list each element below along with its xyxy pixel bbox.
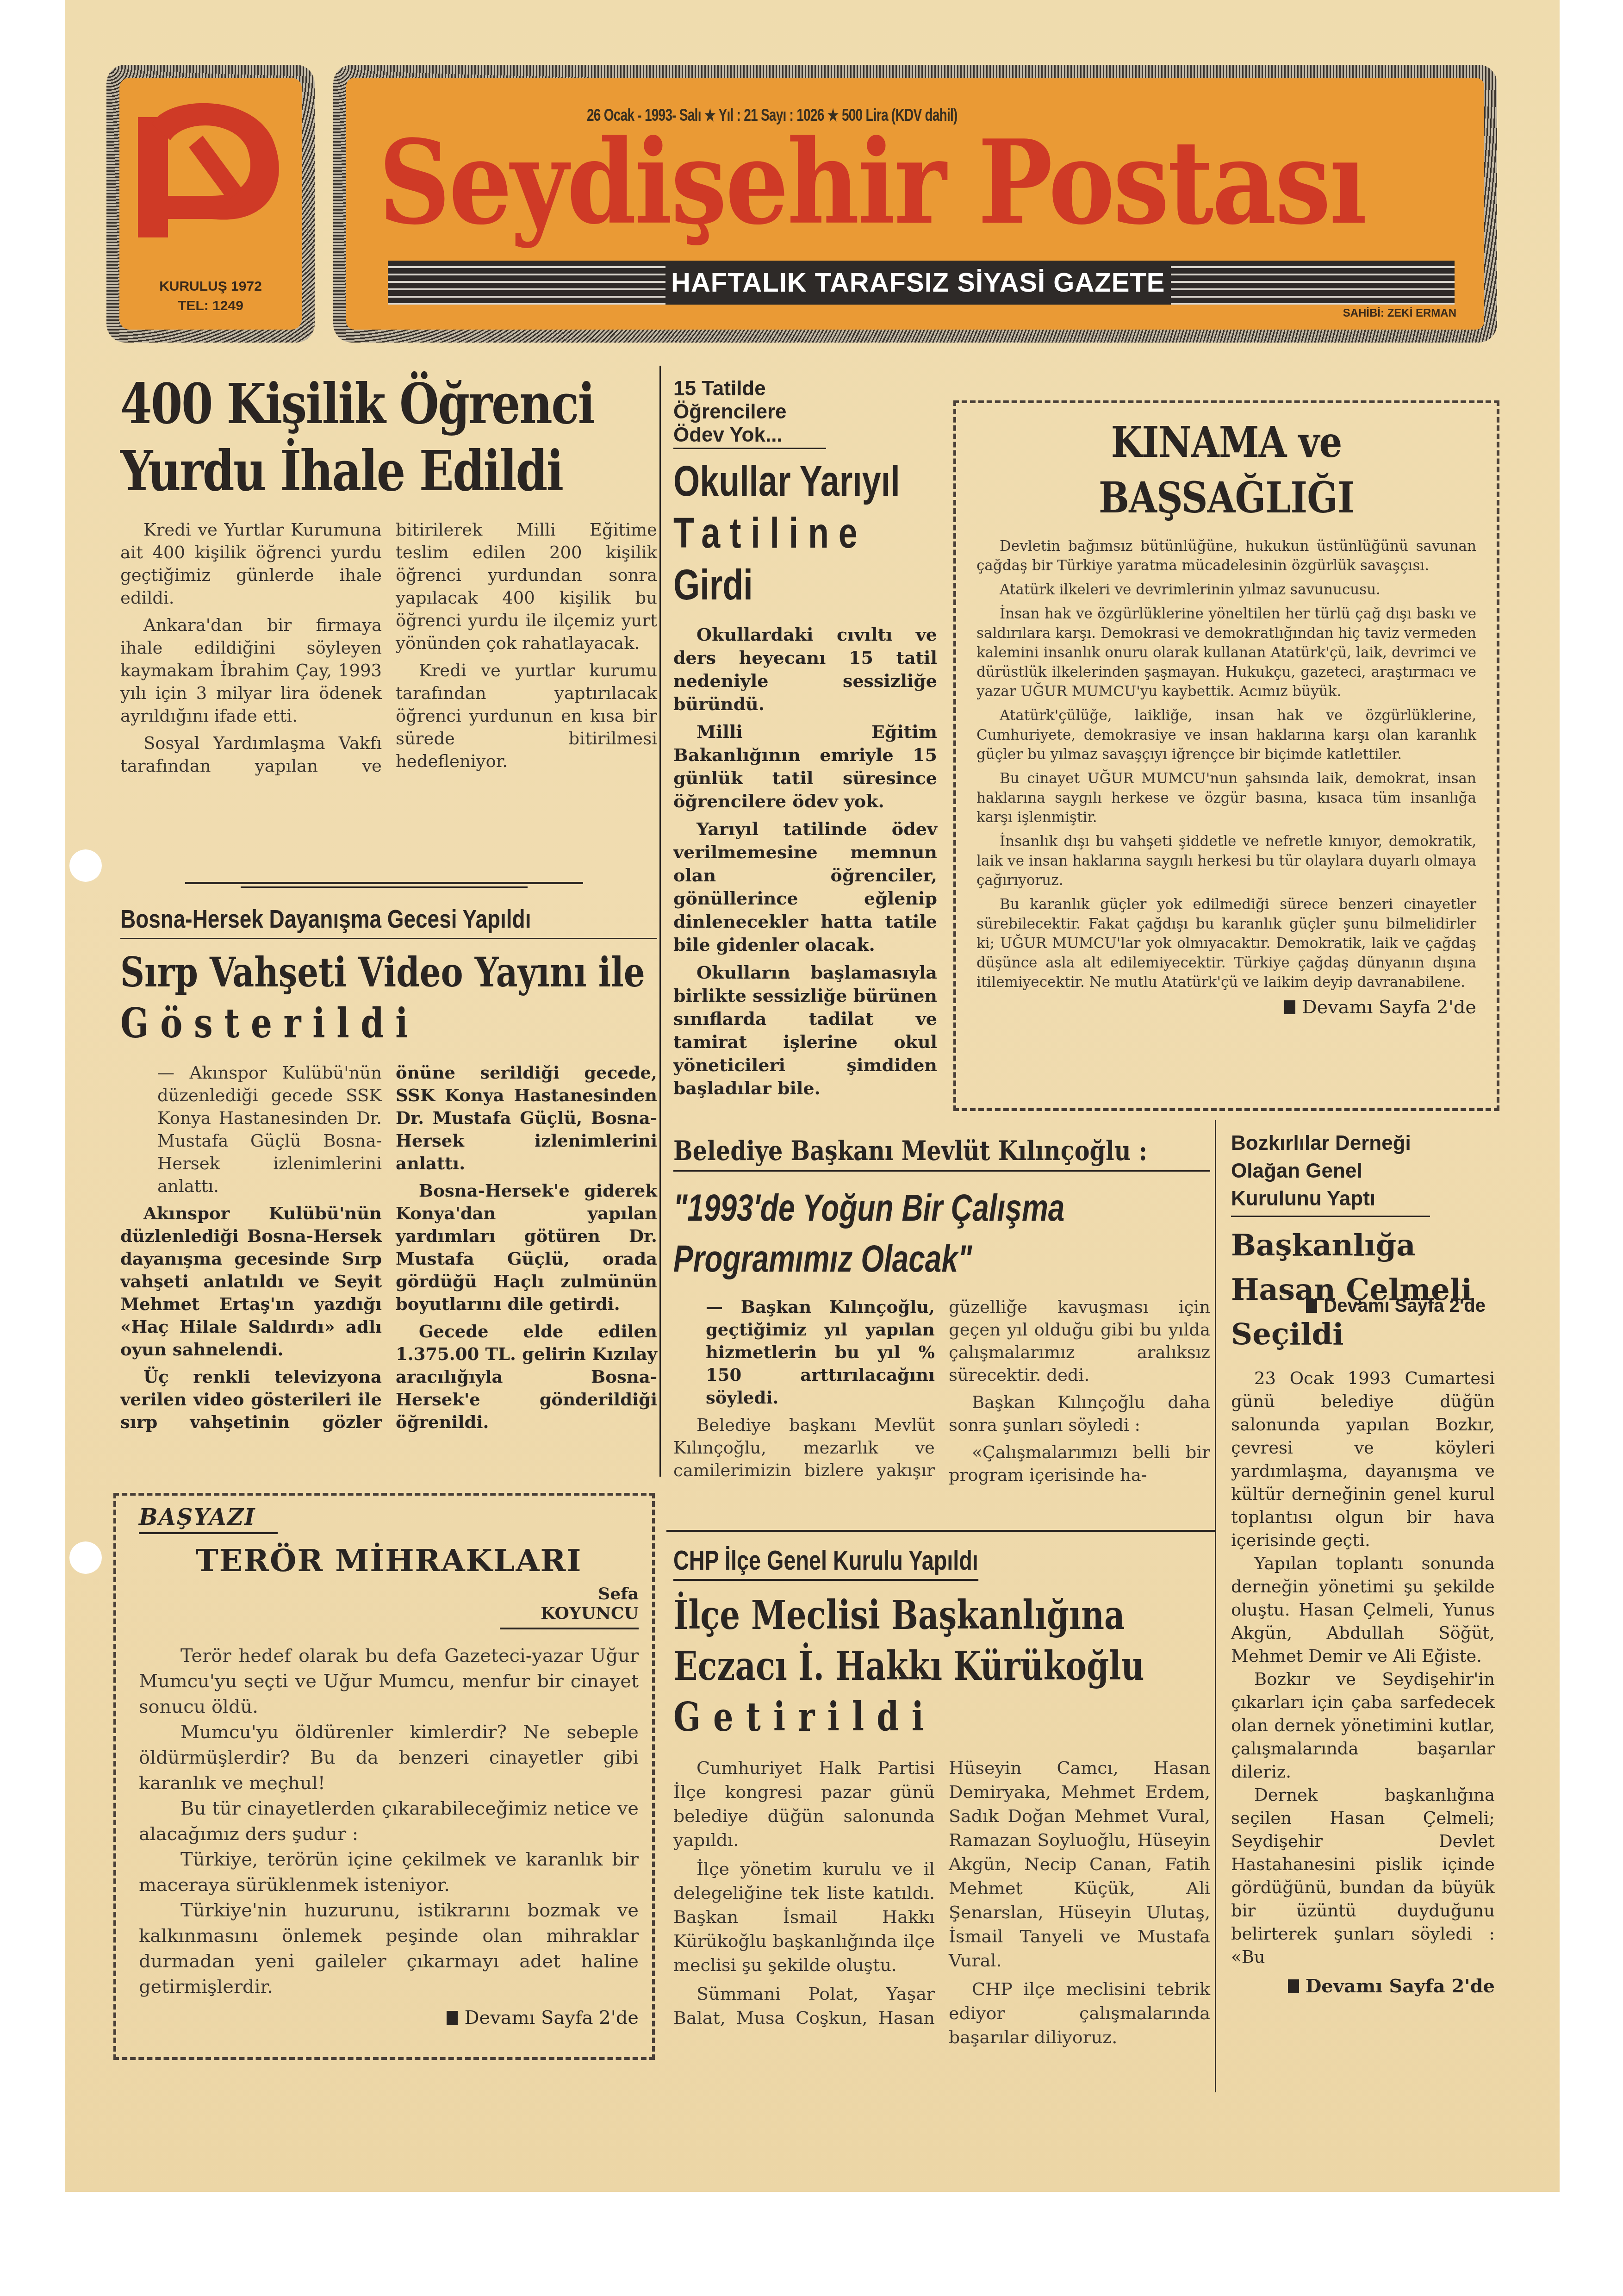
- continued-label: Devamı Sayfa 2'de: [464, 2007, 639, 2028]
- kicker: Belediye Başkanı Mevlüt Kılınçoğlu :: [673, 1134, 1130, 1167]
- divider: [241, 886, 528, 888]
- article-body: Okullardaki cıvıltı ve ders heyecanı 15 …: [673, 623, 937, 1100]
- lead-paragraph: — Akınspor Kulübü'nün düzenlediği gecede…: [120, 1061, 382, 1198]
- paragraph: Okullardaki cıvıltı ve ders heyecanı 15 …: [673, 623, 937, 716]
- divider: [673, 1170, 1210, 1172]
- punch-hole: [69, 849, 102, 882]
- continued-link[interactable]: Devamı Sayfa 2'de: [976, 997, 1476, 1018]
- paragraph: Devletin bağımsız bütünlüğüne, hukukun ü…: [976, 537, 1476, 575]
- paragraph: Bozkır ve Seydişehir'in çıkarları için ç…: [1231, 1668, 1495, 1784]
- divider: [185, 882, 583, 884]
- article-chp: CHP İlçe Genel Kurulu Yapıldı İlçe Mecli…: [673, 1544, 1210, 2061]
- article-bosna: Bosna-Hersek Dayanışma Gecesi Yapıldı Sı…: [120, 903, 657, 1460]
- headline: "1993'de Yoğun Bir Çalışma: [673, 1183, 1092, 1234]
- newspaper-title: Seydişehir Postası: [379, 112, 1366, 251]
- headline: Girdi: [673, 559, 884, 611]
- continued-link[interactable]: Devamı Sayfa 2'de: [1231, 1975, 1495, 1997]
- headline: Hasan Çelmeli: [1231, 1268, 1495, 1312]
- square-bullet-icon: [447, 2011, 458, 2025]
- paragraph: Cumhuriyet Halk Partisi İlçe kongresi pa…: [673, 1756, 935, 1852]
- headline: Gösterildi: [120, 998, 560, 1048]
- kicker: CHP İlçe Genel Kurulu Yapıldı: [673, 1544, 978, 1581]
- continued-link[interactable]: Devamı Sayfa 2'de: [139, 2007, 639, 2028]
- article-body: Terör hedef olarak bu defa Gazeteci-yaza…: [139, 1643, 639, 2000]
- paragraph: Okulların başlamasıyla birlikte sessizli…: [673, 961, 937, 1100]
- divider: [120, 938, 657, 939]
- paragraph: Bu karanlık güçler yok edilmediği sürece…: [976, 895, 1476, 992]
- paragraph: Yarıyıl tatilinde ödev verilmemesine mem…: [673, 817, 937, 956]
- paragraph: 23 Ocak 1993 Cumartesi günü belediye düğ…: [1231, 1367, 1495, 1552]
- section-label: BAŞYAZI: [139, 1504, 278, 1534]
- headline: Tatiline: [673, 507, 884, 559]
- article-okullar: 15 Tatilde Öğrencilere Ödev Yok... Okull…: [673, 377, 937, 1104]
- paragraph: Türkiye'nin huzurunu, istikrarını bozmak…: [139, 1898, 639, 2000]
- paragraph: İnsan hak ve özgürlüklerine yöneltilen h…: [976, 604, 1476, 701]
- paragraph: Bu tür cinayetlerden çıkarabileceğimiz n…: [139, 1796, 639, 1847]
- paragraph: İnsanlık dışı bu vahşeti şiddetle ve nef…: [976, 832, 1476, 890]
- founded-label: KURULUŞ 1972: [119, 277, 302, 296]
- column-divider: [659, 366, 661, 1477]
- sp-monogram-logo-icon: [133, 96, 286, 249]
- headline: KINAMA ve BAŞSAĞLIĞI: [1014, 414, 1439, 525]
- paragraph: Mumcu'yu öldürenler kimlerdir? Ne sebepl…: [139, 1720, 639, 1796]
- article-yurt: 400 Kişilik Öğrenci Yurdu İhale Edildi K…: [120, 370, 657, 842]
- square-bullet-icon: [1284, 1000, 1295, 1014]
- square-bullet-icon: [1288, 1979, 1299, 1993]
- article-bozkir: Bozkırlılar Derneği Olağan Genel Kurulun…: [1231, 1129, 1495, 1997]
- headline: 400 Kişilik Öğrenci: [120, 370, 560, 437]
- paragraph: Bu cinayet UĞUR MUMCU'nun şahsında laik,…: [976, 769, 1476, 827]
- paragraph: Ankara'dan bir firmaya ihale edildiğini …: [120, 614, 382, 727]
- kicker: Bozkırlılar Derneği Olağan Genel Kurulun…: [1231, 1129, 1430, 1217]
- paragraph: Atatürk ilkeleri ve devrimlerinin yılmaz…: [976, 580, 1476, 599]
- headline: Getirildi: [673, 1692, 1103, 1743]
- tagline: HAFTALIK TARAFSIZ SİYASİ GAZETE: [665, 261, 1171, 305]
- headline: İlçe Meclisi Başkanlığına: [673, 1590, 1103, 1641]
- headline: Eczacı İ. Hakkı Kürükoğlu: [673, 1641, 1103, 1692]
- lead-paragraph: — Başkan Kılınçoğlu, geçtiğimiz yıl yapı…: [673, 1296, 935, 1409]
- headline: TERÖR MİHRAKLARI: [139, 1542, 639, 1578]
- article-body: 23 Ocak 1993 Cumartesi günü belediye düğ…: [1231, 1367, 1495, 1969]
- paragraph: CHP ilçe meclisini tebrik ediyor çalışma…: [949, 1977, 1210, 2049]
- headline: Seçildi: [1231, 1312, 1495, 1357]
- article-body: Devletin bağımsız bütünlüğüne, hukukun ü…: [976, 537, 1476, 992]
- headline: Okullar Yarıyıl: [673, 455, 884, 507]
- paragraph: Atatürk'çülüğe, laikliğe, insan hak ve ö…: [976, 706, 1476, 764]
- paragraph: Başkan Kılınçoğlu daha sonra şunları söy…: [949, 1391, 1210, 1436]
- article-body: — Akınspor Kulübü'nün düzenlediği gecede…: [120, 1061, 657, 1460]
- punch-hole: [69, 1541, 102, 1574]
- paragraph: Milli Eğitim Bakanlığının emriyle 15 gün…: [673, 720, 937, 813]
- article-kinama: KINAMA ve BAŞSAĞLIĞI Devletin bağımsız b…: [976, 414, 1476, 1018]
- article-body: Cumhuriyet Halk Partisi İlçe kongresi pa…: [673, 1756, 1210, 2061]
- article-belediye: Belediye Başkanı Mevlüt Kılınçoğlu : "19…: [673, 1134, 1210, 1490]
- paragraph: İlçe yönetim kurulu ve il delegeliğine t…: [673, 1857, 935, 1977]
- founded-and-phone: KURULUŞ 1972 TEL: 1249: [119, 277, 302, 316]
- article-body: — Başkan Kılınçoğlu, geçtiğimiz yıl yapı…: [673, 1296, 1210, 1490]
- continued-label: Devamı Sayfa 2'de: [1302, 997, 1476, 1018]
- column-divider: [1215, 1120, 1216, 2092]
- paragraph: Terör hedef olarak bu defa Gazeteci-yaza…: [139, 1643, 639, 1720]
- tagline-band: HAFTALIK TARAFSIZ SİYASİ GAZETE: [388, 261, 1455, 305]
- paragraph: Dernek başkanlığına seçilen Hasan Çelmel…: [1231, 1784, 1495, 1969]
- paragraph: Yapılan toplantı sonunda derneğin yöneti…: [1231, 1552, 1495, 1668]
- headline: Programımız Olacak": [673, 1234, 1092, 1285]
- owner-label: SAHİBİ: ZEKİ ERMAN: [1343, 307, 1456, 320]
- masthead: 26 Ocak - 1993- Salı ★ Yıl : 21 Sayı : 1…: [333, 65, 1497, 343]
- phone-label: TEL: 1249: [119, 296, 302, 316]
- kicker: Bosna-Hersek Dayanışma Gecesi Yapıldı: [120, 903, 560, 935]
- divider: [666, 1530, 1215, 1532]
- continued-label: Devamı Sayfa 2'de: [1306, 1975, 1495, 1997]
- paragraph: Kredi ve Yurtlar Kurumuna ait 400 kişili…: [120, 518, 382, 609]
- paragraph: Gecede elde edilen 1.375.00 TL. gelirin …: [396, 1320, 657, 1434]
- author: Sefa KOYUNCU: [500, 1584, 639, 1629]
- headline: Yurdu İhale Edildi: [120, 437, 560, 505]
- masthead-logo-block: KURULUŞ 1972 TEL: 1249: [106, 65, 315, 343]
- paragraph: Türkiye, terörün içine çekilmek ve karan…: [139, 1847, 639, 1898]
- paragraph: Akınspor Kulübü'nün düzlenlediği Bosna-H…: [120, 1202, 382, 1361]
- headline: Sırp Vahşeti Video Yayını ile: [120, 947, 560, 998]
- article-body: Kredi ve Yurtlar Kurumuna ait 400 kişili…: [120, 518, 657, 842]
- headline: Başkanlığa: [1231, 1223, 1495, 1268]
- paragraph: Bosna-Hersek'e giderek Konya'dan yapılan…: [396, 1179, 657, 1316]
- kicker: 15 Tatilde Öğrencilere Ödev Yok...: [673, 377, 826, 449]
- article-basyazi: BAŞYAZI TERÖR MİHRAKLARI Sefa KOYUNCU Te…: [139, 1504, 639, 2028]
- paragraph: «Çalışmalarımızı belli bir program içeri…: [949, 1441, 1210, 1486]
- paragraph: Kredi ve yurtlar kurumu tarafından yaptı…: [396, 659, 657, 773]
